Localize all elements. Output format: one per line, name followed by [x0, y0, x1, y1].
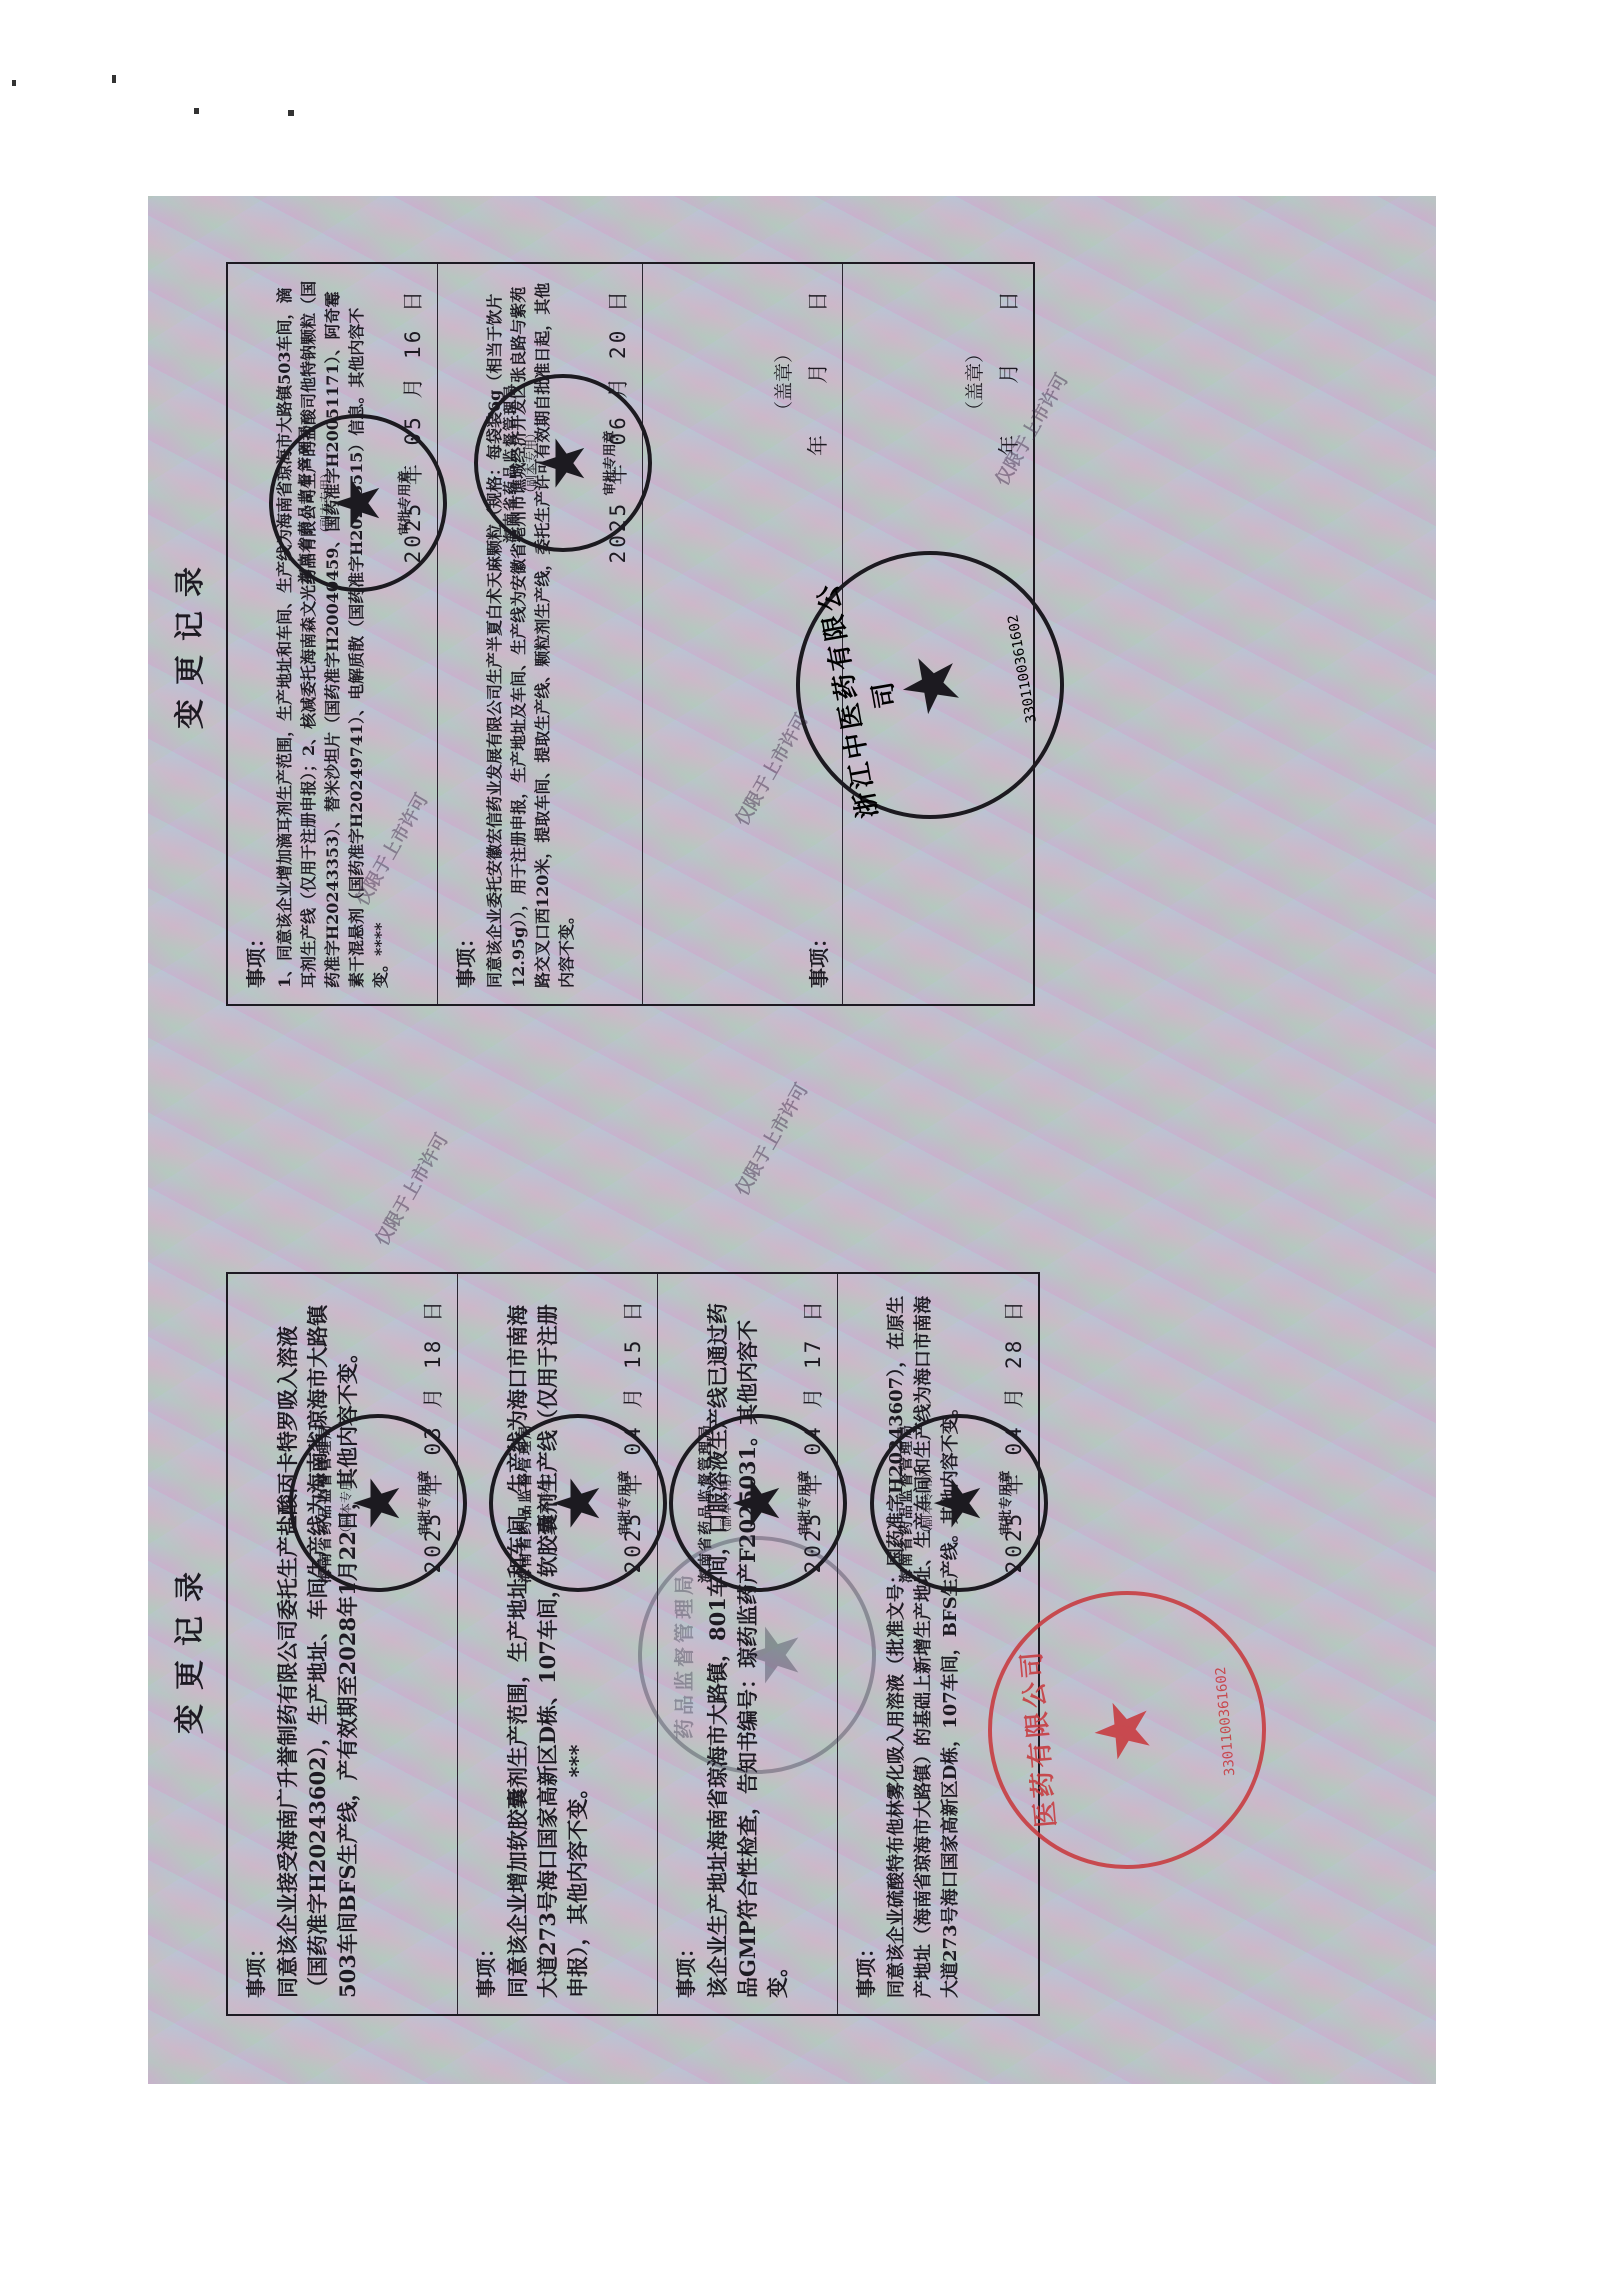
entry-date: 2025 年 04 月 28 日	[998, 1298, 1028, 1573]
scan-speck	[12, 80, 16, 86]
entry-label: 事项：	[450, 280, 479, 988]
seal-sub: （副本专用）	[537, 1418, 554, 1588]
star-icon: ★	[346, 1474, 410, 1531]
scan-speck	[112, 75, 116, 83]
entry-text: 同意该企业增加软胶囊剂生产范围，生产地址和车间，生产线为海口市南海大道273号海…	[503, 1290, 593, 1998]
page-title: 变更记录	[156, 1216, 226, 2076]
entry-label: 事项：	[240, 280, 269, 988]
record-entry: 事项： 1、同意该企业增加滴耳剂生产范围，生产地址和车间、生产线为海南省琼海市大…	[228, 264, 438, 1004]
star-icon: ★	[726, 1474, 790, 1531]
entry-label: 事项：	[240, 1290, 269, 1998]
star-icon: ★	[546, 1474, 610, 1531]
entry-date: 年 月 日	[802, 288, 832, 456]
entry-date: 2025 年 03 月 18 日	[417, 1298, 447, 1573]
scan-speck	[288, 110, 294, 116]
record-entry: 事项： 同意该企业增加软胶囊剂生产范围，生产地址和车间，生产线为海口市南海大道2…	[458, 1274, 658, 2014]
scanned-sheet: 变更记录 事项： 1、同意该企业增加滴耳剂生产范围，生产地址和车间、生产线为海南…	[148, 196, 1436, 2084]
seal-title: 海南省药品监督管理局	[295, 418, 315, 588]
seal-title: 海南省药品监督管理局	[500, 378, 520, 548]
faded-seal-name: 药品监督管理局	[668, 1540, 697, 1770]
entry-text: 同意该企业接受海南广升誉制药有限公司委托生产盐酸丙卡特罗吸入溶液（国药准字H20…	[273, 1290, 363, 1998]
entry-date: 2025 年 04 月 15 日	[617, 1298, 647, 1573]
entry-text: 同意该企业硫酸特布他林雾化吸入用溶液（批准文号：国药准字H20243607），在…	[883, 1290, 964, 1998]
star-icon: ★	[730, 1540, 816, 1770]
page-title: 变更记录	[156, 216, 226, 1066]
record-table: 事项： 同意该企业接受海南广升誉制药有限公司委托生产盐酸丙卡特罗吸入溶液（国药准…	[226, 1272, 1040, 2016]
star-icon: ★	[927, 1474, 991, 1531]
faded-seal: 药品监督管理局 ★	[638, 1536, 876, 1774]
entry-label: 事项：	[803, 928, 832, 988]
entry-date: 2025 年 06 月 20 日	[602, 288, 632, 563]
seal-sub: （副本专用）	[522, 378, 539, 548]
seal-sub: （副本专用）	[317, 418, 334, 588]
seal-title: 海南省药品监督管理局	[315, 1418, 335, 1588]
watermark-text: 仅限于上市许可	[728, 1078, 814, 1200]
seal-title: 海南省药品监督管理局	[515, 1418, 535, 1588]
seal-sub: （副本专用）	[337, 1418, 354, 1588]
seal-sub: （副本专用）	[918, 1418, 935, 1588]
seal-label: （盖章）	[960, 344, 987, 420]
scan-speck	[194, 108, 199, 114]
entry-date: 2025 年 05 月 16 日	[397, 288, 427, 563]
entry-date: 2025 年 04 月 17 日	[797, 1298, 827, 1573]
record-entry: 事项： 同意该企业委托安徽宏信药业发展有限公司生产半夏白术天麻颗粒（规格：每袋装…	[438, 264, 643, 1004]
seal-label: （盖章）	[769, 344, 796, 420]
entry-label: 事项：	[470, 1290, 499, 1998]
record-entry: 事项： 同意该企业接受海南广升誉制药有限公司委托生产盐酸丙卡特罗吸入溶液（国药准…	[228, 1274, 458, 2014]
star-icon: ★	[1068, 1592, 1177, 1868]
seal-title: 海南省药品监督管理局	[896, 1418, 916, 1588]
star-icon: ★	[531, 434, 595, 491]
star-icon: ★	[326, 474, 390, 531]
